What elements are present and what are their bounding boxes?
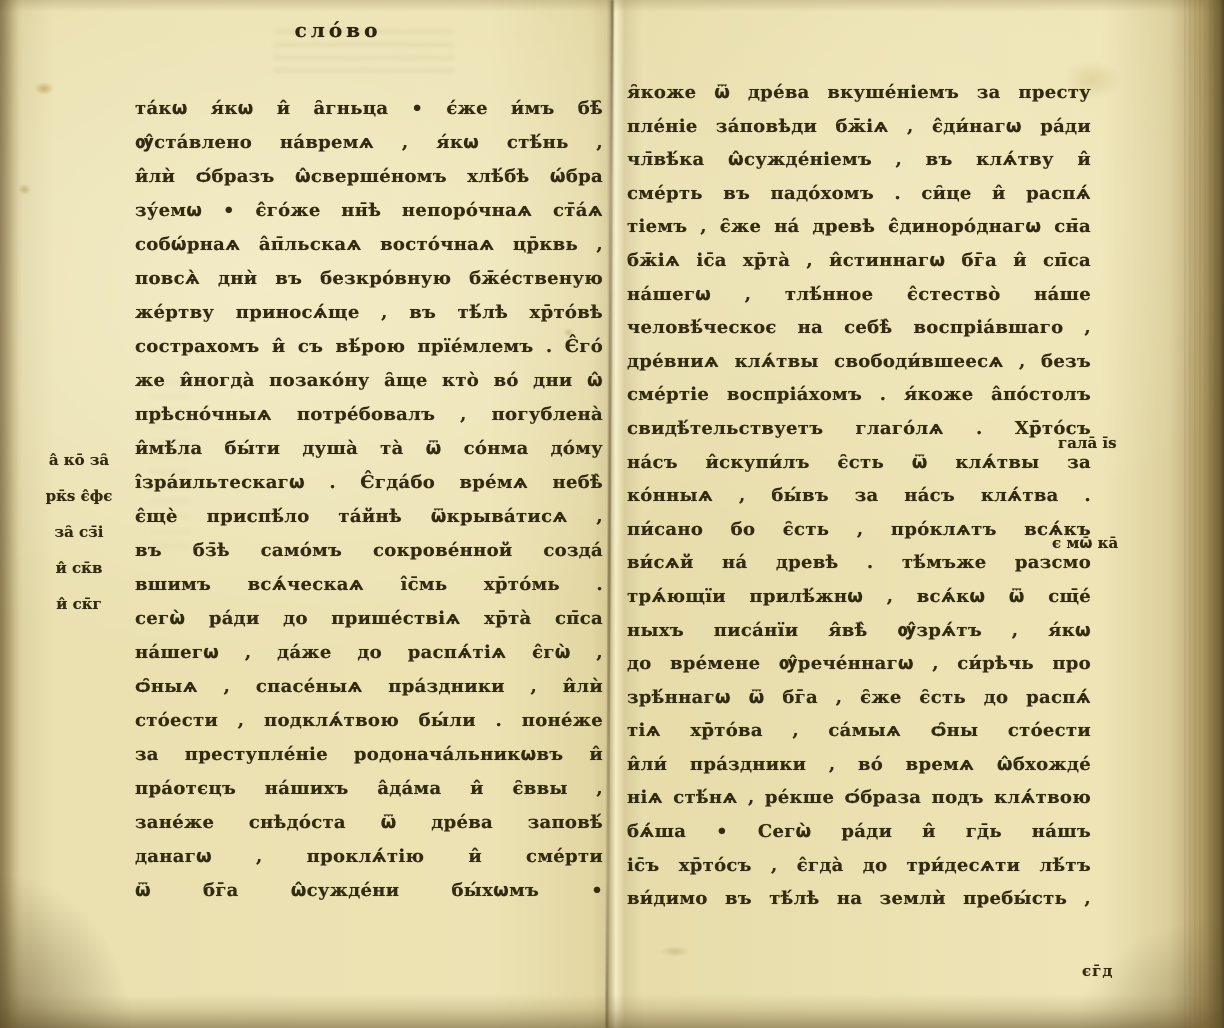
text-line: сегѡ̀ рáди до пришéствіѧ хр̄тà сп̄са [135, 602, 603, 636]
right-page-edge [1184, 0, 1224, 1028]
text-line: занéже снѣдóста ѿ дрéва заповѣ́ [135, 806, 603, 840]
top-edge-shadow [0, 0, 1224, 12]
text-line: пи́сано бо є̑сть , прóклѧтъ всѧ́къ [627, 513, 1091, 547]
text-line: жéртву приносѧ́ще , въ тѣ́лѣ хр̄тóвѣ [135, 296, 603, 330]
left-page-edge [0, 0, 22, 1028]
text-line: смéрть въ падóхомъ . си̑це и̂ распѧ́ [627, 177, 1091, 211]
catchword: єг̄д [1082, 962, 1152, 980]
text-line: свидѣ́тельствуетъ глагóлѧ . Хр̄тóсъ [627, 412, 1091, 446]
text-line: кóнныѧ , бы́въ за нáсъ клѧ́тва . [627, 479, 1091, 513]
text-line: нáшегѡ , дáже до распѧ́тіѧ є̂гѡ̀ , [135, 636, 603, 670]
text-line: до врéмене ѹ̂речéннагѡ , си́рѣчь про [627, 647, 1091, 681]
text-line: въ бз̄ѣ самóмъ сокровéнной создá [135, 534, 603, 568]
text-line: зу́емѡ • є̂гóже нн̄ѣ непорóчнаѧ ст̄áѧ [135, 194, 603, 228]
text-line: тáкѡ я́кѡ и̂ а̑гньца • є́же и́мъ бѣ̑ [135, 92, 603, 126]
text-line: собѡ́рнаѧ а̂п̄льскаѧ востóчнаѧ цр̄квь , [135, 228, 603, 262]
left-page-running-title: слóво [258, 18, 418, 42]
text-line: данагѡ , проклѧ́тію и̂ смéрти [135, 840, 603, 874]
text-line: іс̄ъ хр̄тóсъ , є̂гдà до три́десѧти лѣ́тъ [627, 849, 1091, 883]
foxing-spot [34, 82, 54, 95]
foxing-spot [660, 946, 690, 957]
text-line: смéртіе воспріáхомъ . я́коже а̂пóстолъ [627, 378, 1091, 412]
text-line: ныхъ писáнїи я̂вѣ̀ ѹ̂зрѧ́тъ , я́кѡ [627, 614, 1091, 648]
bottom-edge-shadow [0, 994, 1224, 1028]
text-line: ніѧ стѣ́нѧ , рéкше ѻ́браза подъ клѧ́твою [627, 781, 1091, 815]
text-line: плéніе зáповѣди бж̄іѧ , є̂ди́нагѡ рáди [627, 110, 1091, 144]
text-line: бѧ́ша • Сегѡ̀ рáди и̂ гд̄ь нáшъ [627, 815, 1091, 849]
right-margin-scripture-reference: гала̄ і̄ѕ [1058, 434, 1188, 452]
text-line: и̂ли́ прáздники , во́ времѧ ѡ̂бхождé [627, 748, 1091, 782]
text-line: я̑коже ѿ дрéва вкушéніемъ за престу [627, 76, 1091, 110]
text-line: вшимъ всѧ́ческаѧ і̂с̄мь хр̄тóмь . [135, 568, 603, 602]
text-line: зрѣ́ннагѡ ѿ бг̄а , є̑же є̑сть до распѧ́ [627, 681, 1091, 715]
book-scan: слóво тáкѡ я́кѡ и̂ а̑гньца • є́же и́мъ б… [0, 0, 1224, 1028]
text-line: и̂ ск̄г [26, 586, 132, 622]
text-line: нáшегѡ , тлѣ́нное є̂стество̀ нáше [627, 278, 1091, 312]
right-page-text-column: я̑коже ѿ дрéва вкушéніемъ за преступлéні… [627, 76, 1091, 916]
text-line: а̂ ко̄ за̑ [26, 442, 132, 478]
text-line: ѻ̑ныѧ , спасéныѧ прáздники , и̂лѝ [135, 670, 603, 704]
text-line: рк̄ѕ є̂фє [26, 478, 132, 514]
text-line: и̂лѝ ѻ́бразъ ѡ̂свершéномъ хлѣ́бѣ ѡ́бра [135, 160, 603, 194]
text-line: є̂щѐ приспѣ́ло тáйнѣ ѿкрывáтисѧ , [135, 500, 603, 534]
text-line: нáсъ и̂скупи́лъ є̑сть ѿ клѧ́твы за [627, 446, 1091, 480]
foxing-spot [18, 184, 31, 195]
bottom-left-corner-shadow [0, 878, 130, 1028]
text-line: сострахомъ и̂ съ вѣ́рою прїéмлемъ . Є̂гó [135, 330, 603, 364]
text-line: сто́ести , подклѧ́твою бы́ли . понéже [135, 704, 603, 738]
text-line: за преступлéніе родоначáльникѡвъ и̂ [135, 738, 603, 772]
text-line: и̂мѣ́ла бы́ти душà тà ѿ сóнма дóму [135, 432, 603, 466]
text-line: и̂ ск̄в [26, 550, 132, 586]
text-line: ѹ̂стáвлено нáвремѧ , я́кѡ стѣ́нь , [135, 126, 603, 160]
text-line: прѣснóчныѧ потрéбовалъ , погубленà [135, 398, 603, 432]
text-line: бж̄іѧ іс̄а хр̄тà , и̂стиннагѡ бг̄а и̂ сп… [627, 244, 1091, 278]
text-line: человѣ́ческоє на себѣ̀ воспріáвшаго , [627, 311, 1091, 345]
text-line: прáотєцъ нáшихъ а̂дáма и̂ є̑ввы , [135, 772, 603, 806]
text-line: чл̄вѣ́ка ѡ̂суждéніемъ , въ клѧ́тву и̂ [627, 143, 1091, 177]
text-line: дрéвниѧ клѧ́твы свободи́вшеесѧ , безъ [627, 345, 1091, 379]
text-line: же и̂ногдà позакóну а̑ще кто̀ во́ дни ѡ̂ [135, 364, 603, 398]
text-line: трѧ́ющїи прилѣ́жнѡ , всѧ́кѡ ѿ сщ̄é [627, 580, 1091, 614]
text-line: ви́сѧй нá древѣ . тѣ́мъже разсмо [627, 546, 1091, 580]
right-margin-scripture-reference: є мѡ̄ ка̄ [1052, 534, 1182, 552]
text-line: ви́димо въ тѣ́лѣ на землѝ пребы́сть , [627, 882, 1091, 916]
text-line: повсѧ̀ днѝ въ безкрóвную бж̄éственую [135, 262, 603, 296]
text-line: тіѧ хр̄тóва , сáмыѧ ѻ̑ны сто́ести [627, 714, 1091, 748]
text-line: за̑ сз̄і [26, 514, 132, 550]
text-line: ѿ бг̄а ѡ̂суждéни бы́хѡмъ • [135, 874, 603, 908]
left-page-text-column: тáкѡ я́кѡ и̂ а̑гньца • є́же и́мъ бѣ̑ѹ̂ст… [135, 92, 603, 908]
left-margin-scripture-references: а̂ ко̄ за̑рк̄ѕ є̂фєза̑ сз̄іи̂ ск̄ви̂ ск̄… [26, 442, 132, 622]
text-line: і̂зрáильтескагѡ . Є̂гдáбо врéмѧ небѣ̀ [135, 466, 603, 500]
text-line: тіемъ , є̑же нá древѣ є̂динорóднагѡ сн̄а [627, 210, 1091, 244]
